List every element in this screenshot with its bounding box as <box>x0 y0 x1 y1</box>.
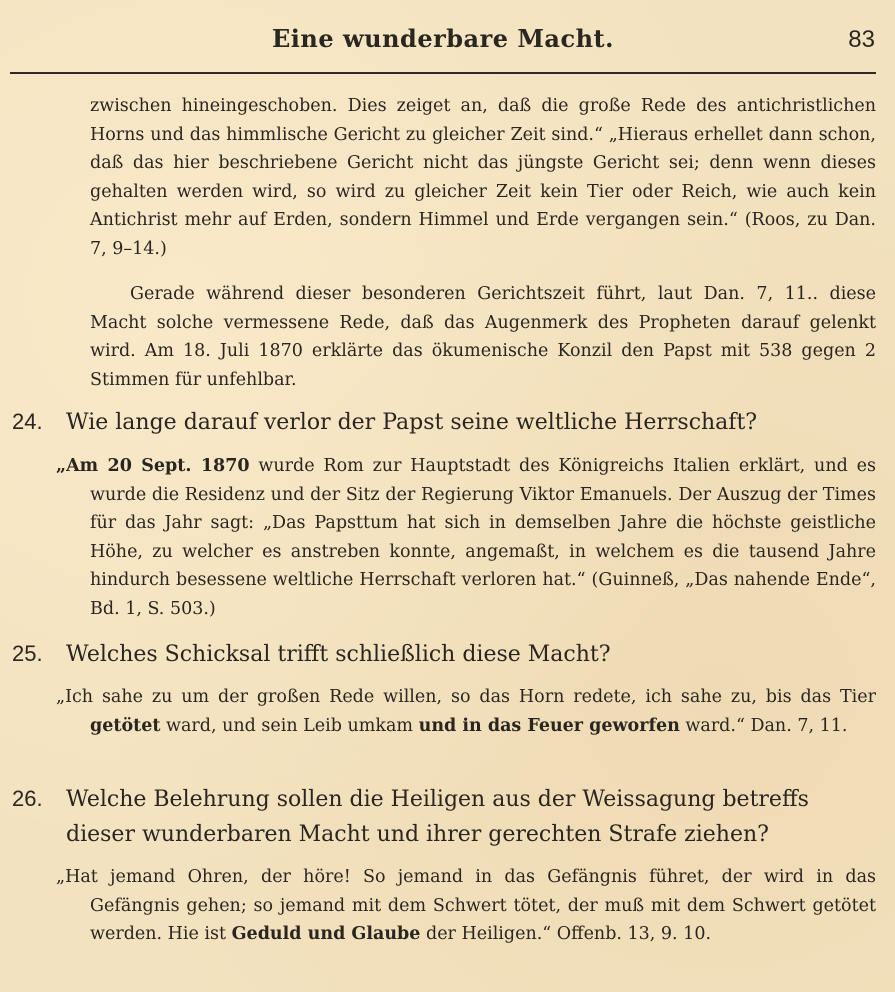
question-number: 26. <box>12 781 66 816</box>
answer-bold-lead: „Am 20 Sept. 1870 <box>56 456 250 476</box>
book-page: Eine wunderbare Macht. 83 zwischen hinei… <box>0 0 895 992</box>
question-text-line2: dieser wunderbaren Macht und ihrer gerec… <box>12 817 878 852</box>
answer-24: „Am 20 Sept. 1870 wurde Rom zur Hauptsta… <box>56 452 876 623</box>
answer-text: ward.“ Dan. 7, 11. <box>680 716 848 736</box>
question-number: 25. <box>12 636 66 671</box>
paragraph-text: zwischen hineingeschoben. Dies zeiget an… <box>90 92 876 263</box>
answer-26: „Hat jemand Ohren, der höre! So jemand i… <box>56 863 876 949</box>
running-head: Eine wunderbare Macht. 83 <box>0 22 895 62</box>
answer-emphasis: und in das Feuer geworfen <box>419 716 680 736</box>
question-text: Welches Schicksal trifft schließlich die… <box>66 642 611 667</box>
page-number: 83 <box>848 26 875 54</box>
answer-text: ward, und sein Leib umkam <box>160 716 418 736</box>
answer-text: wurde Rom zur Hauptstadt des Königreichs… <box>90 456 876 619</box>
question-text-line1: Welche Belehrung sollen die Heiligen aus… <box>66 787 809 812</box>
question-text: Wie lange darauf verlor der Papst seine … <box>66 410 757 435</box>
answer-emphasis: getötet <box>90 716 160 736</box>
answer-text: der Heiligen.“ Offenb. 13, 9. 10. <box>420 924 711 944</box>
answer-text: „Ich sahe zu um der großen Rede willen, … <box>56 687 876 707</box>
question-25: 25.Welches Schicksal trifft schließlich … <box>12 636 611 672</box>
paragraph-text: Gerade während dieser besonderen Gericht… <box>90 284 876 390</box>
header-rule <box>10 72 876 74</box>
question-26: 26.Welche Belehrung sollen die Heiligen … <box>12 781 878 852</box>
question-number: 24. <box>12 404 66 439</box>
question-24: 24.Wie lange darauf verlor der Papst sei… <box>12 404 757 440</box>
answer-25: „Ich sahe zu um der großen Rede willen, … <box>56 683 876 740</box>
paragraph-continued: zwischen hineingeschoben. Dies zeiget an… <box>90 92 876 263</box>
answer-emphasis: Geduld und Glaube <box>232 924 421 944</box>
running-title: Eine wunderbare Macht. <box>272 24 614 53</box>
paragraph-council: Gerade während dieser besonderen Gericht… <box>90 280 876 394</box>
